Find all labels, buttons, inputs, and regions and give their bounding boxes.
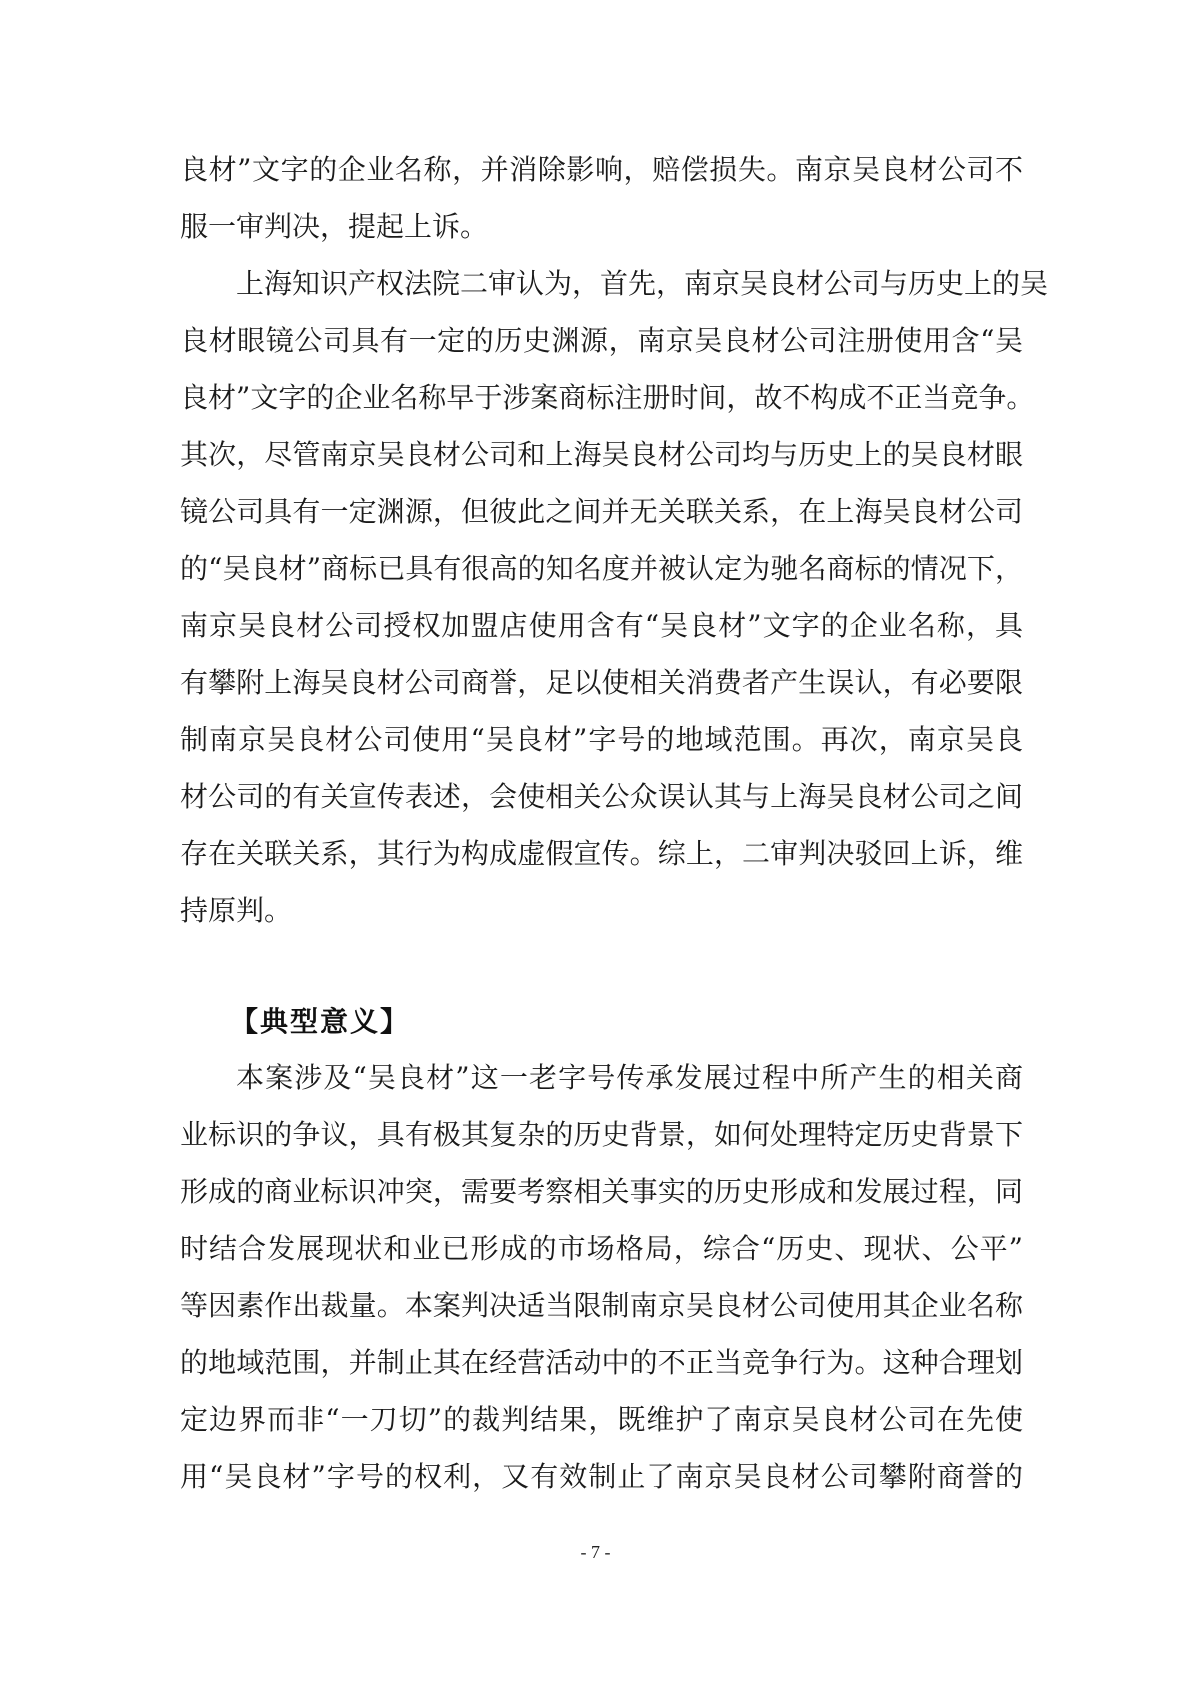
paragraph-line: 其次，尽管南京吴良材公司和上海吴良材公司均与历史上的吴良材眼: [180, 435, 1023, 475]
paragraph-line: 镜公司具有一定渊源，但彼此之间并无关联关系，在上海吴良材公司: [180, 492, 1023, 532]
section-heading: 【典型意义】: [230, 1002, 410, 1042]
page-number: - 7 -: [0, 1540, 1191, 1564]
paragraph-line: 上海知识产权法院二审认为，首先，南京吴良材公司与历史上的吴: [180, 264, 1023, 304]
paragraph-line: 等因素作出裁量。本案判决适当限制南京吴良材公司使用其企业名称: [180, 1286, 1023, 1326]
document-page: 良材”文字的企业名称，并消除影响，赔偿损失。南京吴良材公司不 服一审判决，提起上…: [0, 0, 1191, 1684]
paragraph-line: 的地域范围，并制止其在经营活动中的不正当竞争行为。这种合理划: [180, 1343, 1023, 1383]
paragraph-line: 时结合发展现状和业已形成的市场格局，综合“历史、现状、公平”: [180, 1229, 1023, 1269]
paragraph-line: 存在关联关系，其行为构成虚假宣传。综上，二审判决驳回上诉，维: [180, 834, 1023, 874]
paragraph-line: 服一审判决，提起上诉。: [180, 207, 1023, 247]
paragraph-line: 制南京吴良材公司使用“吴良材”字号的地域范围。再次，南京吴良: [180, 720, 1023, 760]
paragraph-line: 用“吴良材”字号的权利，又有效制止了南京吴良材公司攀附商誉的: [180, 1457, 1023, 1497]
paragraph-line: 良材眼镜公司具有一定的历史渊源，南京吴良材公司注册使用含“吴: [180, 321, 1023, 361]
paragraph-line: 良材”文字的企业名称，并消除影响，赔偿损失。南京吴良材公司不: [180, 150, 1023, 190]
paragraph-line: 本案涉及“吴良材”这一老字号传承发展过程中所产生的相关商: [180, 1058, 1023, 1098]
paragraph-line: 业标识的争议，具有极其复杂的历史背景，如何处理特定历史背景下: [180, 1115, 1023, 1155]
paragraph-line: 有攀附上海吴良材公司商誉，足以使相关消费者产生误认，有必要限: [180, 663, 1023, 703]
paragraph-line: 材公司的有关宣传表述，会使相关公众误认其与上海吴良材公司之间: [180, 777, 1023, 817]
paragraph-line: 良材”文字的企业名称早于涉案商标注册时间，故不构成不正当竞争。: [180, 378, 1023, 418]
paragraph-line: 南京吴良材公司授权加盟店使用含有“吴良材”文字的企业名称，具: [180, 606, 1023, 646]
paragraph-line: 定边界而非“一刀切”的裁判结果，既维护了南京吴良材公司在先使: [180, 1400, 1023, 1440]
paragraph-line: 的“吴良材”商标已具有很高的知名度并被认定为驰名商标的情况下，: [180, 549, 1023, 589]
paragraph-line: 持原判。: [180, 891, 1023, 931]
paragraph-line: 形成的商业标识冲突，需要考察相关事实的历史形成和发展过程，同: [180, 1172, 1023, 1212]
